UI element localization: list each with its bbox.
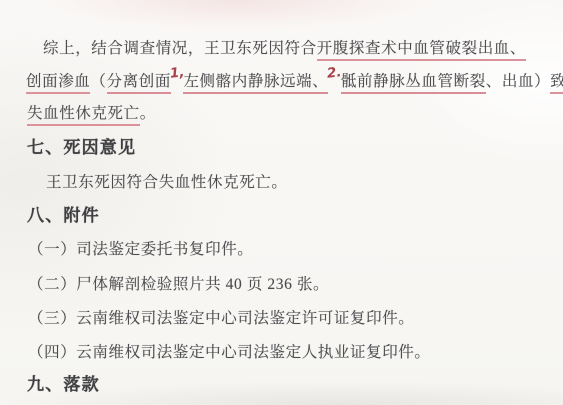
handwritten-annotation-2: 2. (326, 62, 343, 84)
summary-line-2-underlined-3: 左侧髂内静脉远端、 (183, 73, 328, 94)
summary-line-2-underlined-1: 创面渗血 (26, 73, 90, 94)
summary-line-3-plain: 。 (140, 105, 156, 122)
section7-body: 王卫东死因符合失血性休克死亡。 (46, 172, 288, 193)
handwritten-annotation-1: 1, (169, 62, 186, 84)
summary-line-3: 失血性休克死亡。 (27, 103, 156, 124)
attachment-item-2: （二）尸体解剖检验照片共 40 页 236 张。 (28, 274, 329, 295)
summary-line-2-plain-2: 、出血） (486, 73, 550, 90)
scanned-document-page: 综上，结合调查情况，王卫东死因符合开腹探查术中血管破裂出血、 创面渗血（分离创面… (0, 0, 563, 405)
section7-heading: 七、死因意见 (27, 137, 136, 158)
summary-line-2-underlined-2: 分离创面 (107, 73, 171, 94)
summary-line-2-underlined-4: 骶前静脉丛血管断裂 (341, 73, 486, 94)
attachment-item-1: （一）司法鉴定委托书复印件。 (28, 239, 253, 260)
attachment-item-4: （四）云南维权司法鉴定中心司法鉴定人执业证复印件。 (28, 342, 431, 363)
summary-line-2-underlined-5: 致 (550, 73, 563, 94)
section9-heading: 九、落款 (27, 374, 100, 395)
summary-line-1-plain: 综上，结合调查情况，王卫东死因符合 (43, 40, 317, 57)
attachment-item-3: （三）云南维权司法鉴定中心司法鉴定许可证复印件。 (28, 308, 414, 329)
summary-line-2-plain-1: （ (90, 73, 106, 90)
summary-line-3-underlined: 失血性休克死亡 (27, 105, 140, 126)
summary-line-1: 综上，结合调查情况，王卫东死因符合开腹探查术中血管破裂出血、 (43, 38, 526, 59)
summary-line-2: 创面渗血（分离创面1,左侧髂内静脉远端、2.骶前静脉丛血管断裂、出血）致 (26, 71, 563, 93)
section8-heading: 八、附件 (27, 205, 100, 226)
summary-line-1-red-underlined: 开腹探查术中血管破裂出血、 (317, 40, 526, 61)
